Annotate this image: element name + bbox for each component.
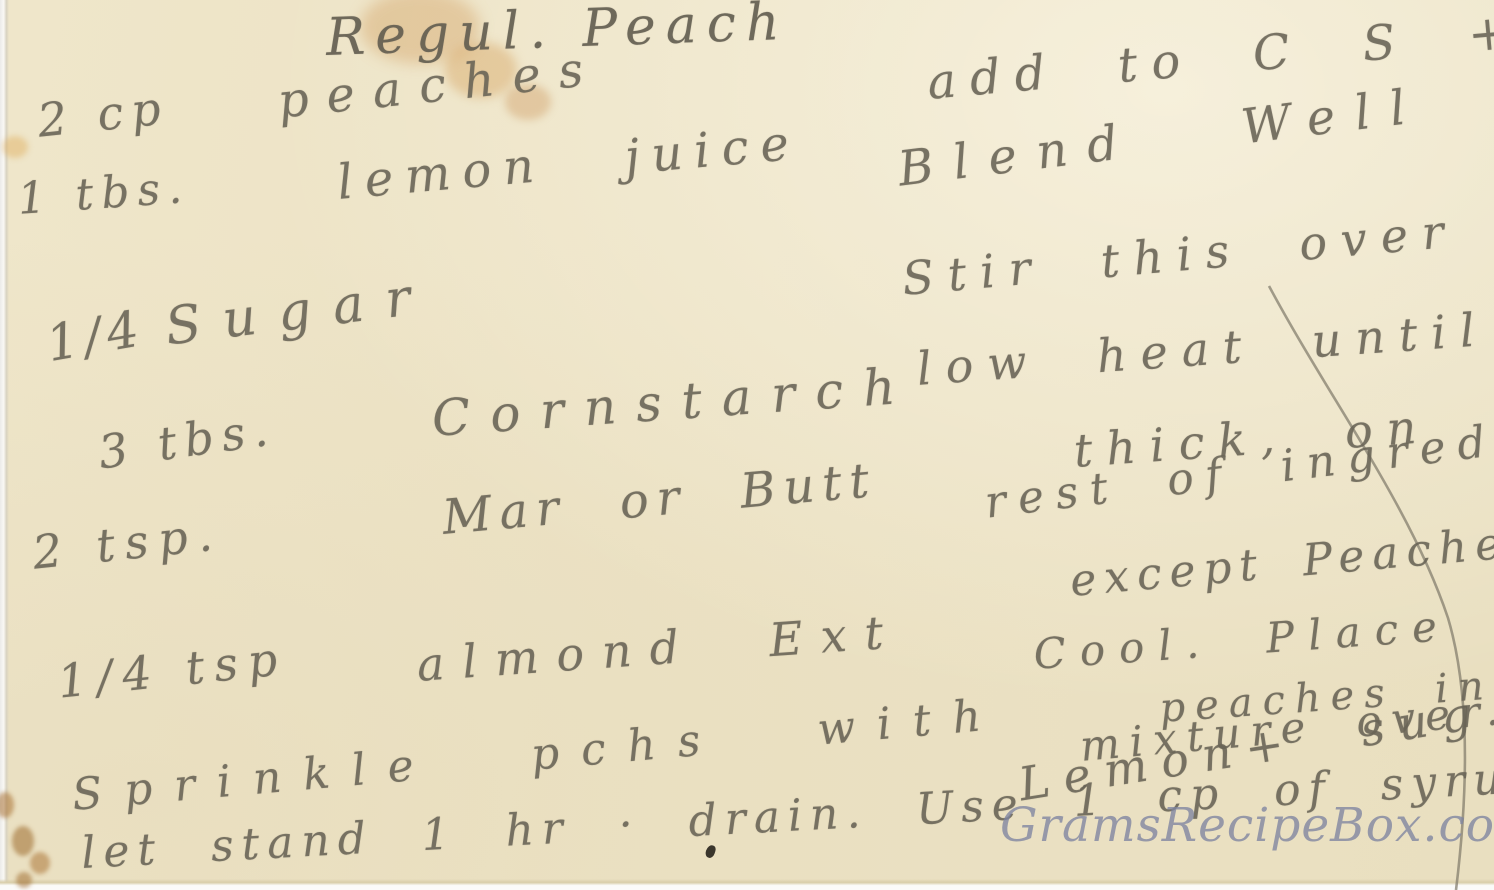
watermark: GramsRecipeBox.com <box>1000 798 1494 853</box>
recipe-card: Regul. Peach 2 cp peaches 1 tbs. lemon j… <box>0 0 1494 890</box>
